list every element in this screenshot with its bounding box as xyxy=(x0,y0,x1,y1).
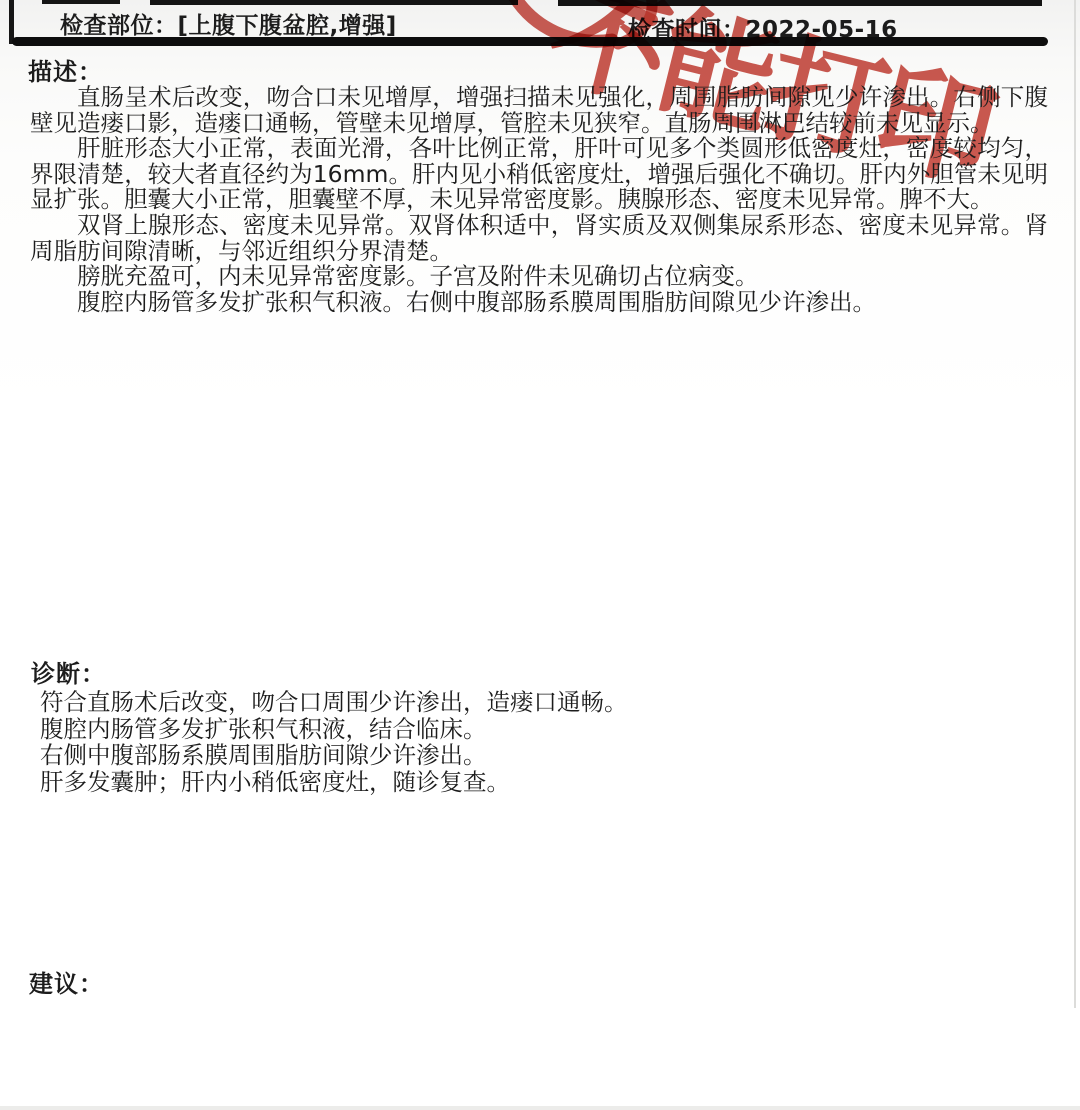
description-body: 直肠呈术后改变，吻合口未见增厚，增强扫描未见强化，周围脂肪间隙见少许渗出。右侧下… xyxy=(30,85,1048,315)
diagnosis-line: 肝多发囊肿；肝内小稍低密度灶，随诊复查。 xyxy=(40,769,1040,796)
description-paragraph: 肝脏形态大小正常，表面光滑，各叶比例正常，肝叶可见多个类圆形低密度灶，密度较均匀… xyxy=(30,136,1048,213)
suggestion-section-label: 建议： xyxy=(29,964,104,999)
diagnosis-body: 符合直肠术后改变，吻合口周围少许渗出，造瘘口通畅。 腹腔内肠管多发扩张积气积液，… xyxy=(40,689,1040,795)
diagnosis-line: 右侧中腹部肠系膜周围脂肪间隙少许渗出。 xyxy=(40,742,1040,769)
diagnosis-line: 腹腔内肠管多发扩张积气积液，结合临床。 xyxy=(40,716,1040,743)
description-paragraph: 双肾上腺形态、密度未见异常。双肾体积适中，肾实质及双侧集尿系形态、密度未见异常。… xyxy=(30,213,1048,264)
description-paragraph: 膀胱充盈可，内未见异常密度影。子宫及附件未见确切占位病变。 xyxy=(30,264,1048,290)
medical-report-page: 检查部位：[上腹下腹盆腔,增强] 检查时间：2022-05-16 不能打印 描述… xyxy=(0,0,1080,1110)
diagnosis-line: 符合直肠术后改变，吻合口周围少许渗出，造瘘口通畅。 xyxy=(40,689,1040,716)
top-edge-fragment xyxy=(558,0,1042,6)
description-paragraph: 腹腔内肠管多发扩张积气积液。右侧中腹部肠系膜周围脂肪间隙见少许渗出。 xyxy=(30,290,1048,316)
exam-site-value: [上腹下腹盆腔,增强] xyxy=(178,13,397,39)
top-edge-fragment xyxy=(150,0,518,5)
exam-site-field: 检查部位：[上腹下腹盆腔,增强] xyxy=(60,7,397,40)
top-edge-fragment xyxy=(42,0,120,4)
description-section-label: 描述： xyxy=(28,52,103,87)
description-paragraph: 直肠呈术后改变，吻合口未见增厚，增强扫描未见强化，周围脂肪间隙见少许渗出。右侧下… xyxy=(30,85,1048,136)
page-right-edge xyxy=(1074,0,1076,1008)
diagnosis-section-label: 诊断： xyxy=(31,654,106,689)
page-bottom-edge xyxy=(0,1106,1080,1110)
header-divider xyxy=(12,37,1048,46)
exam-site-label: 检查部位： xyxy=(60,13,178,39)
